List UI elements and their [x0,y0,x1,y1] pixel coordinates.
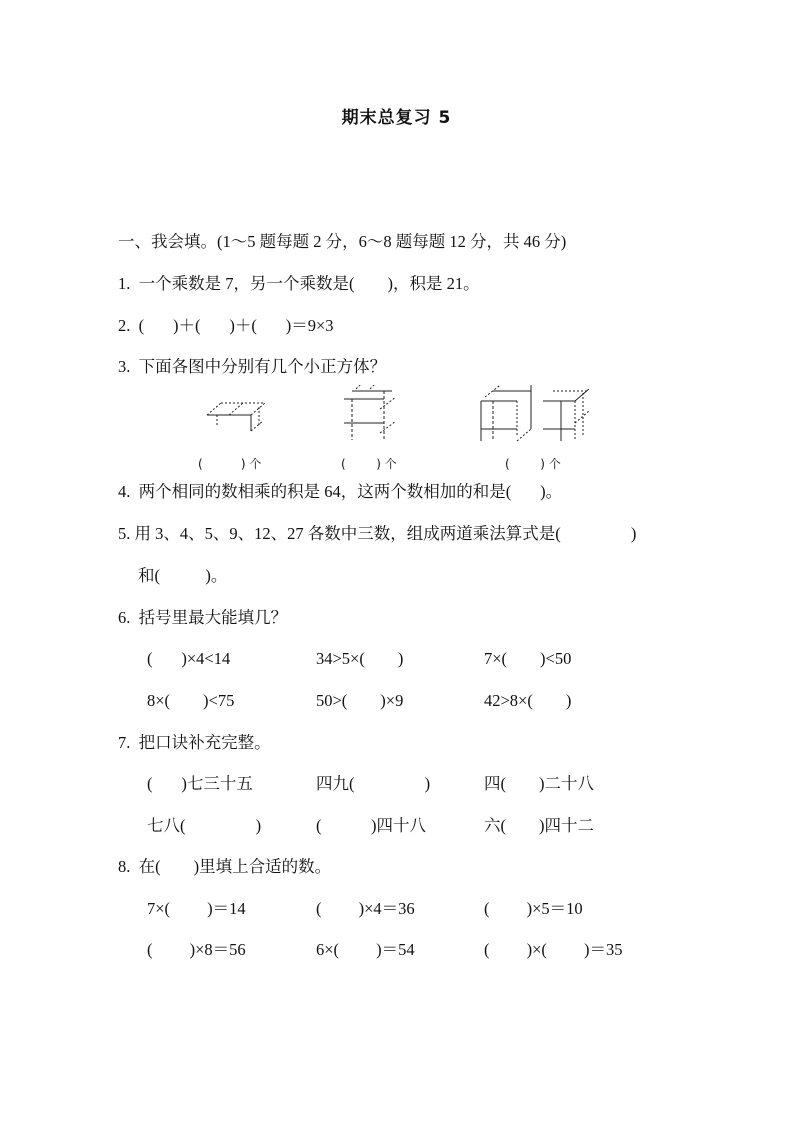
q8-item: ( )×5＝10 [484,899,583,919]
page-title: 期末总复习 5 [0,103,793,128]
q8-item: ( )×8＝56 [147,940,246,960]
section-heading: 一、我会填。(1～5 题每题 2 分，6～8 题每题 12 分，共 46 分) [118,232,566,252]
cube-figure-3-answer: ( ) 个 [505,455,561,472]
question-4: 4. 两个相同的数相乘的积是 64，这两个数相加的和是( )。 [118,482,562,502]
cube-figure-2-answer: ( ) 个 [341,455,397,472]
q7-item: 七八( ) [147,816,261,836]
q6-item: 50>( )×9 [316,691,403,711]
q7-item: ( )七三十五 [147,774,253,794]
question-3-prompt: 3. 下面各图中分别有几个小正方体？ [118,357,386,377]
question-7-prompt: 7. 把口诀补充完整。 [118,733,271,753]
q8-item: 7×( )＝14 [147,899,246,919]
q7-item: 六( )四十二 [484,816,594,836]
question-6-prompt: 6. 括号里最大能填几？ [118,608,287,628]
question-1: 1. 一个乘数是 7，另一个乘数是( )，积是 21。 [118,274,480,294]
q8-item: ( )×( )＝35 [484,940,623,960]
cube-figure-3 [475,385,595,445]
question-5-line1: 5. 用 3、4、5、9、12、27 各数中三数，组成两道乘法算式是( ) [118,524,636,544]
cube-figure-1 [205,393,265,433]
cube-figure-2 [340,385,400,445]
q6-item: 42>8×( ) [484,691,571,711]
q6-item: 7×( )<50 [484,649,571,669]
q7-item: ( )四十八 [316,816,426,836]
q8-item: 6×( )＝54 [316,940,415,960]
q7-item: 四( )二十八 [484,774,594,794]
cube-figure-1-answer: ( ) 个 [198,455,261,472]
question-5-line2: 和( )。 [138,566,227,586]
question-2: 2. ( )＋( )＋( )＝9×3 [118,316,334,336]
q7-item: 四九( ) [316,774,430,794]
q6-item: ( )×4<14 [147,649,230,669]
q6-item: 34>5×( ) [316,649,403,669]
question-8-prompt: 8. 在( )里填上合适的数。 [118,857,331,877]
q8-item: ( )×4＝36 [316,899,415,919]
q6-item: 8×( )<75 [147,691,234,711]
